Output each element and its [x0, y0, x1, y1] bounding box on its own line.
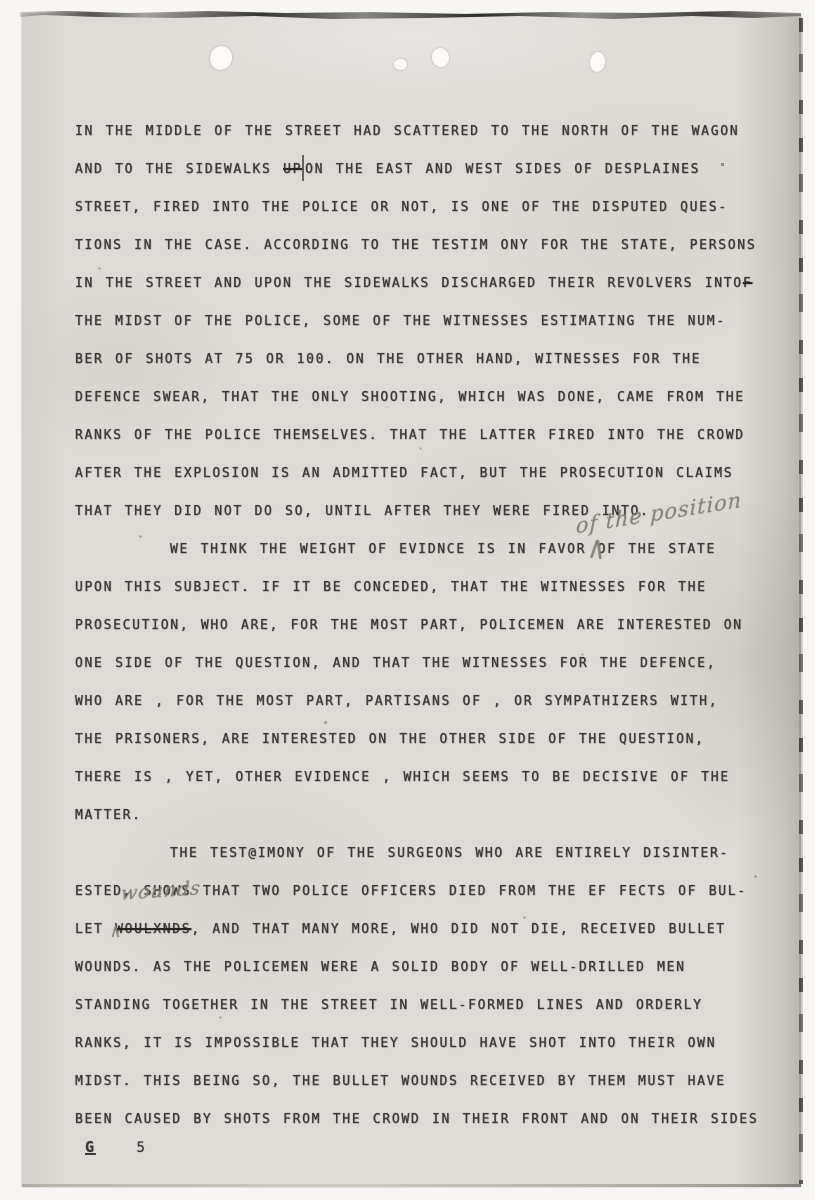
typed-text: MATTER. — [75, 808, 142, 823]
page-footer: G 5 — [85, 1138, 147, 1156]
typed-line: PROSECUTION, WHO ARE, FOR THE MOST PART,… — [75, 607, 787, 645]
typed-text: DEFENCE SWEAR, THAT THE ONLY SHOOTING, W… — [75, 390, 745, 405]
typed-text: TIONS IN THE CASE. ACCORDING TO THE TEST… — [75, 238, 756, 253]
typed-text: ONE SIDE OF THE QUESTION, AND THAT THE W… — [75, 656, 716, 671]
typed-line: DEFENCE SWEAR, THAT THE ONLY SHOOTING, W… — [75, 379, 787, 417]
typed-text: THAT THEY DID NOT DO SO, UNTIL AFTER THE… — [75, 504, 650, 519]
punch-hole — [394, 59, 407, 70]
typed-line: WOUNDS. AS THE POLICEMEN WERE A SOLID BO… — [75, 949, 787, 987]
typed-text: STREET, FIRED INTO THE POLICE OR NOT, IS… — [75, 200, 728, 215]
typed-line: THERE IS , YET, OTHER EVIDENCE , WHICH S… — [75, 759, 787, 797]
typed-text: BER OF SHOTS AT 75 OR 100. ON THE OTHER … — [75, 352, 701, 367]
typed-text: , AND THAT MANY MORE, WHO DID NOT DIE, R… — [191, 922, 725, 937]
typed-line: STREET, FIRED INTO THE POLICE OR NOT, IS… — [75, 189, 787, 227]
typed-text: AFTER THE EXPLOSION IS AN ADMITTED FACT,… — [75, 466, 733, 481]
typed-text: WOUNDS. AS THE POLICEMEN WERE A SOLID BO… — [75, 960, 686, 975]
typed-line: IN THE STREET AND UPON THE SIDEWALKS DIS… — [75, 265, 787, 303]
scanned-document-page: IN THE MIDDLE OF THE STREET HAD SCATTERE… — [0, 0, 815, 1200]
typed-line: WE THINK THE WEIGHT OF EVIDNCE IS IN FAV… — [75, 531, 787, 569]
typed-line: ONE SIDE OF THE QUESTION, AND THAT THE W… — [75, 645, 787, 683]
typed-line: THE PRISONERS, ARE INTERESTED ON THE OTH… — [75, 721, 787, 759]
typed-text: UPON THIS SUBJECT. IF IT BE CONCEDED, TH… — [75, 580, 707, 595]
typed-text: THE TEST@IMONY OF THE SURGEONS WHO ARE E… — [170, 846, 729, 861]
typed-line: AND TO THE SIDEWALKS UPON THE EAST AND W… — [75, 151, 787, 189]
typed-text: IN THE MIDDLE OF THE STREET HAD SCATTERE… — [75, 124, 739, 139]
typed-text: RANKS OF THE POLICE THEMSELVES. THAT THE… — [75, 428, 745, 443]
typed-line: TIONS IN THE CASE. ACCORDING TO THE TEST… — [75, 227, 787, 265]
punch-hole — [207, 44, 234, 73]
typed-text: WE THINK THE WEIGHT OF EVIDNCE IS IN FAV… — [170, 542, 716, 557]
torn-edge-top — [20, 11, 801, 19]
typed-line: WHO ARE , FOR THE MOST PART, PARTISANS O… — [75, 683, 787, 721]
typed-text: AND TO THE SIDEWALKS — [75, 162, 283, 177]
typed-line: THE TEST@IMONY OF THE SURGEONS WHO ARE E… — [75, 835, 787, 873]
typed-line: BER OF SHOTS AT 75 OR 100. ON THE OTHER … — [75, 341, 787, 379]
punch-hole — [430, 47, 450, 69]
correction-caret-icon: ∧ — [110, 920, 121, 942]
typed-text: MIDST. THIS BEING SO, THE BULLET WOUNDS … — [75, 1074, 726, 1089]
struck-text: UP — [283, 162, 302, 177]
struck-text: F — [743, 276, 753, 291]
typed-text: PROSECUTION, WHO ARE, FOR THE MOST PART,… — [75, 618, 743, 633]
typed-text: WHO ARE , FOR THE MOST PART, PARTISANS O… — [75, 694, 718, 709]
typed-line: RANKS OF THE POLICE THEMSELVES. THAT THE… — [75, 417, 787, 455]
typed-text: THE MIDST OF THE POLICE, SOME OF THE WIT… — [75, 314, 726, 329]
typed-text-block: IN THE MIDDLE OF THE STREET HAD SCATTERE… — [75, 113, 787, 1139]
typed-line: AFTER THE EXPLOSION IS AN ADMITTED FACT,… — [75, 455, 787, 493]
typed-line: MIDST. THIS BEING SO, THE BULLET WOUNDS … — [75, 1063, 787, 1101]
torn-edge-right — [799, 18, 803, 1184]
typed-text: ON THE EAST AND WEST SIDES OF DESPLAINES — [305, 162, 700, 177]
typed-line: BEEN CAUSED BY SHOTS FROM THE CROWD IN T… — [75, 1101, 787, 1139]
typed-line: MATTER. — [75, 797, 787, 835]
typed-line: STANDING TOGETHER IN THE STREET IN WELL-… — [75, 987, 787, 1025]
typed-line: UPON THIS SUBJECT. IF IT BE CONCEDED, TH… — [75, 569, 787, 607]
typed-text: THE PRISONERS, ARE INTERESTED ON THE OTH… — [75, 732, 705, 747]
struck-text: WOULXNDS — [115, 922, 191, 937]
footer-exhibit-mark: G — [85, 1138, 96, 1156]
page-number: 5 — [136, 1140, 146, 1156]
typed-line: LET WOULXNDS, AND THAT MANY MORE, WHO DI… — [75, 911, 787, 949]
typed-line: IN THE MIDDLE OF THE STREET HAD SCATTERE… — [75, 113, 787, 151]
pencil-stroke-icon — [302, 155, 304, 181]
typed-line: RANKS, IT IS IMPOSSIBLE THAT THEY SHOULD… — [75, 1025, 787, 1063]
typed-text: IN THE STREET AND UPON THE SIDEWALKS DIS… — [75, 276, 743, 291]
typed-text: RANKS, IT IS IMPOSSIBLE THAT THEY SHOULD… — [75, 1036, 716, 1051]
typed-line: THE MIDST OF THE POLICE, SOME OF THE WIT… — [75, 303, 787, 341]
paper-sheet: IN THE MIDDLE OF THE STREET HAD SCATTERE… — [22, 14, 801, 1187]
ink-specks — [22, 14, 23, 15]
typed-text: STANDING TOGETHER IN THE STREET IN WELL-… — [75, 998, 703, 1013]
typed-text: BEEN CAUSED BY SHOTS FROM THE CROWD IN T… — [75, 1112, 758, 1127]
typed-text: THERE IS , YET, OTHER EVIDENCE , WHICH S… — [75, 770, 730, 785]
punch-hole — [589, 51, 607, 73]
